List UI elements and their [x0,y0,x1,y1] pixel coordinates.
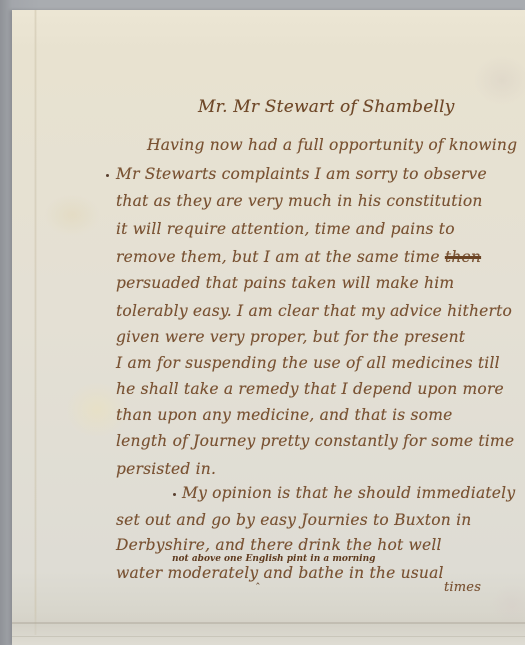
text-line: I am for suspending the use of all medic… [116,356,500,372]
text-line: set out and go by easy Journies to Buxto… [116,513,471,529]
struck-out-word: then [445,248,481,266]
text-line: it will require attention, time and pain… [116,222,455,238]
text-line: tolerably easy. I am clear that my advic… [116,304,512,320]
text-line: Having now had a full opportunity of kno… [147,138,517,154]
text-line: times [444,581,481,594]
interlinear-insertion: not above one English pint in a morning [172,554,375,564]
text-line: persuaded that pains taken will make him [116,276,454,292]
text-line: Derbyshire, and there drink the hot well [116,538,442,554]
text-line-content: remove them, but I am at the same time [116,248,440,266]
text-line: length of Journey pretty constantly for … [116,434,514,450]
manuscript-page: Mr. Mr Stewart of Shambelly Having now h… [12,10,525,645]
text-line: persisted in. [116,462,216,478]
text-line: Mr Stewarts complaints I am sorry to obs… [116,167,487,183]
text-line: he shall take a remedy that I depend upo… [116,382,504,398]
document-viewer: Mr. Mr Stewart of Shambelly Having now h… [0,0,525,645]
text-line: water moderately and bathe in the usual [116,566,444,582]
text-line: that as they are very much in his consti… [116,194,483,210]
handwritten-text: Mr. Mr Stewart of Shambelly Having now h… [12,10,525,645]
ink-spot [106,174,109,177]
letter-heading: Mr. Mr Stewart of Shambelly [198,99,455,116]
text-line: My opinion is that he should immediately [182,486,515,502]
insertion-caret-icon: ‸ [256,572,260,585]
text-line: given were very proper, but for the pres… [116,330,465,346]
text-line: remove them, but I am at the same time t… [116,250,481,266]
text-line: than upon any medicine, and that is some [116,408,453,424]
ink-spot [173,493,176,496]
